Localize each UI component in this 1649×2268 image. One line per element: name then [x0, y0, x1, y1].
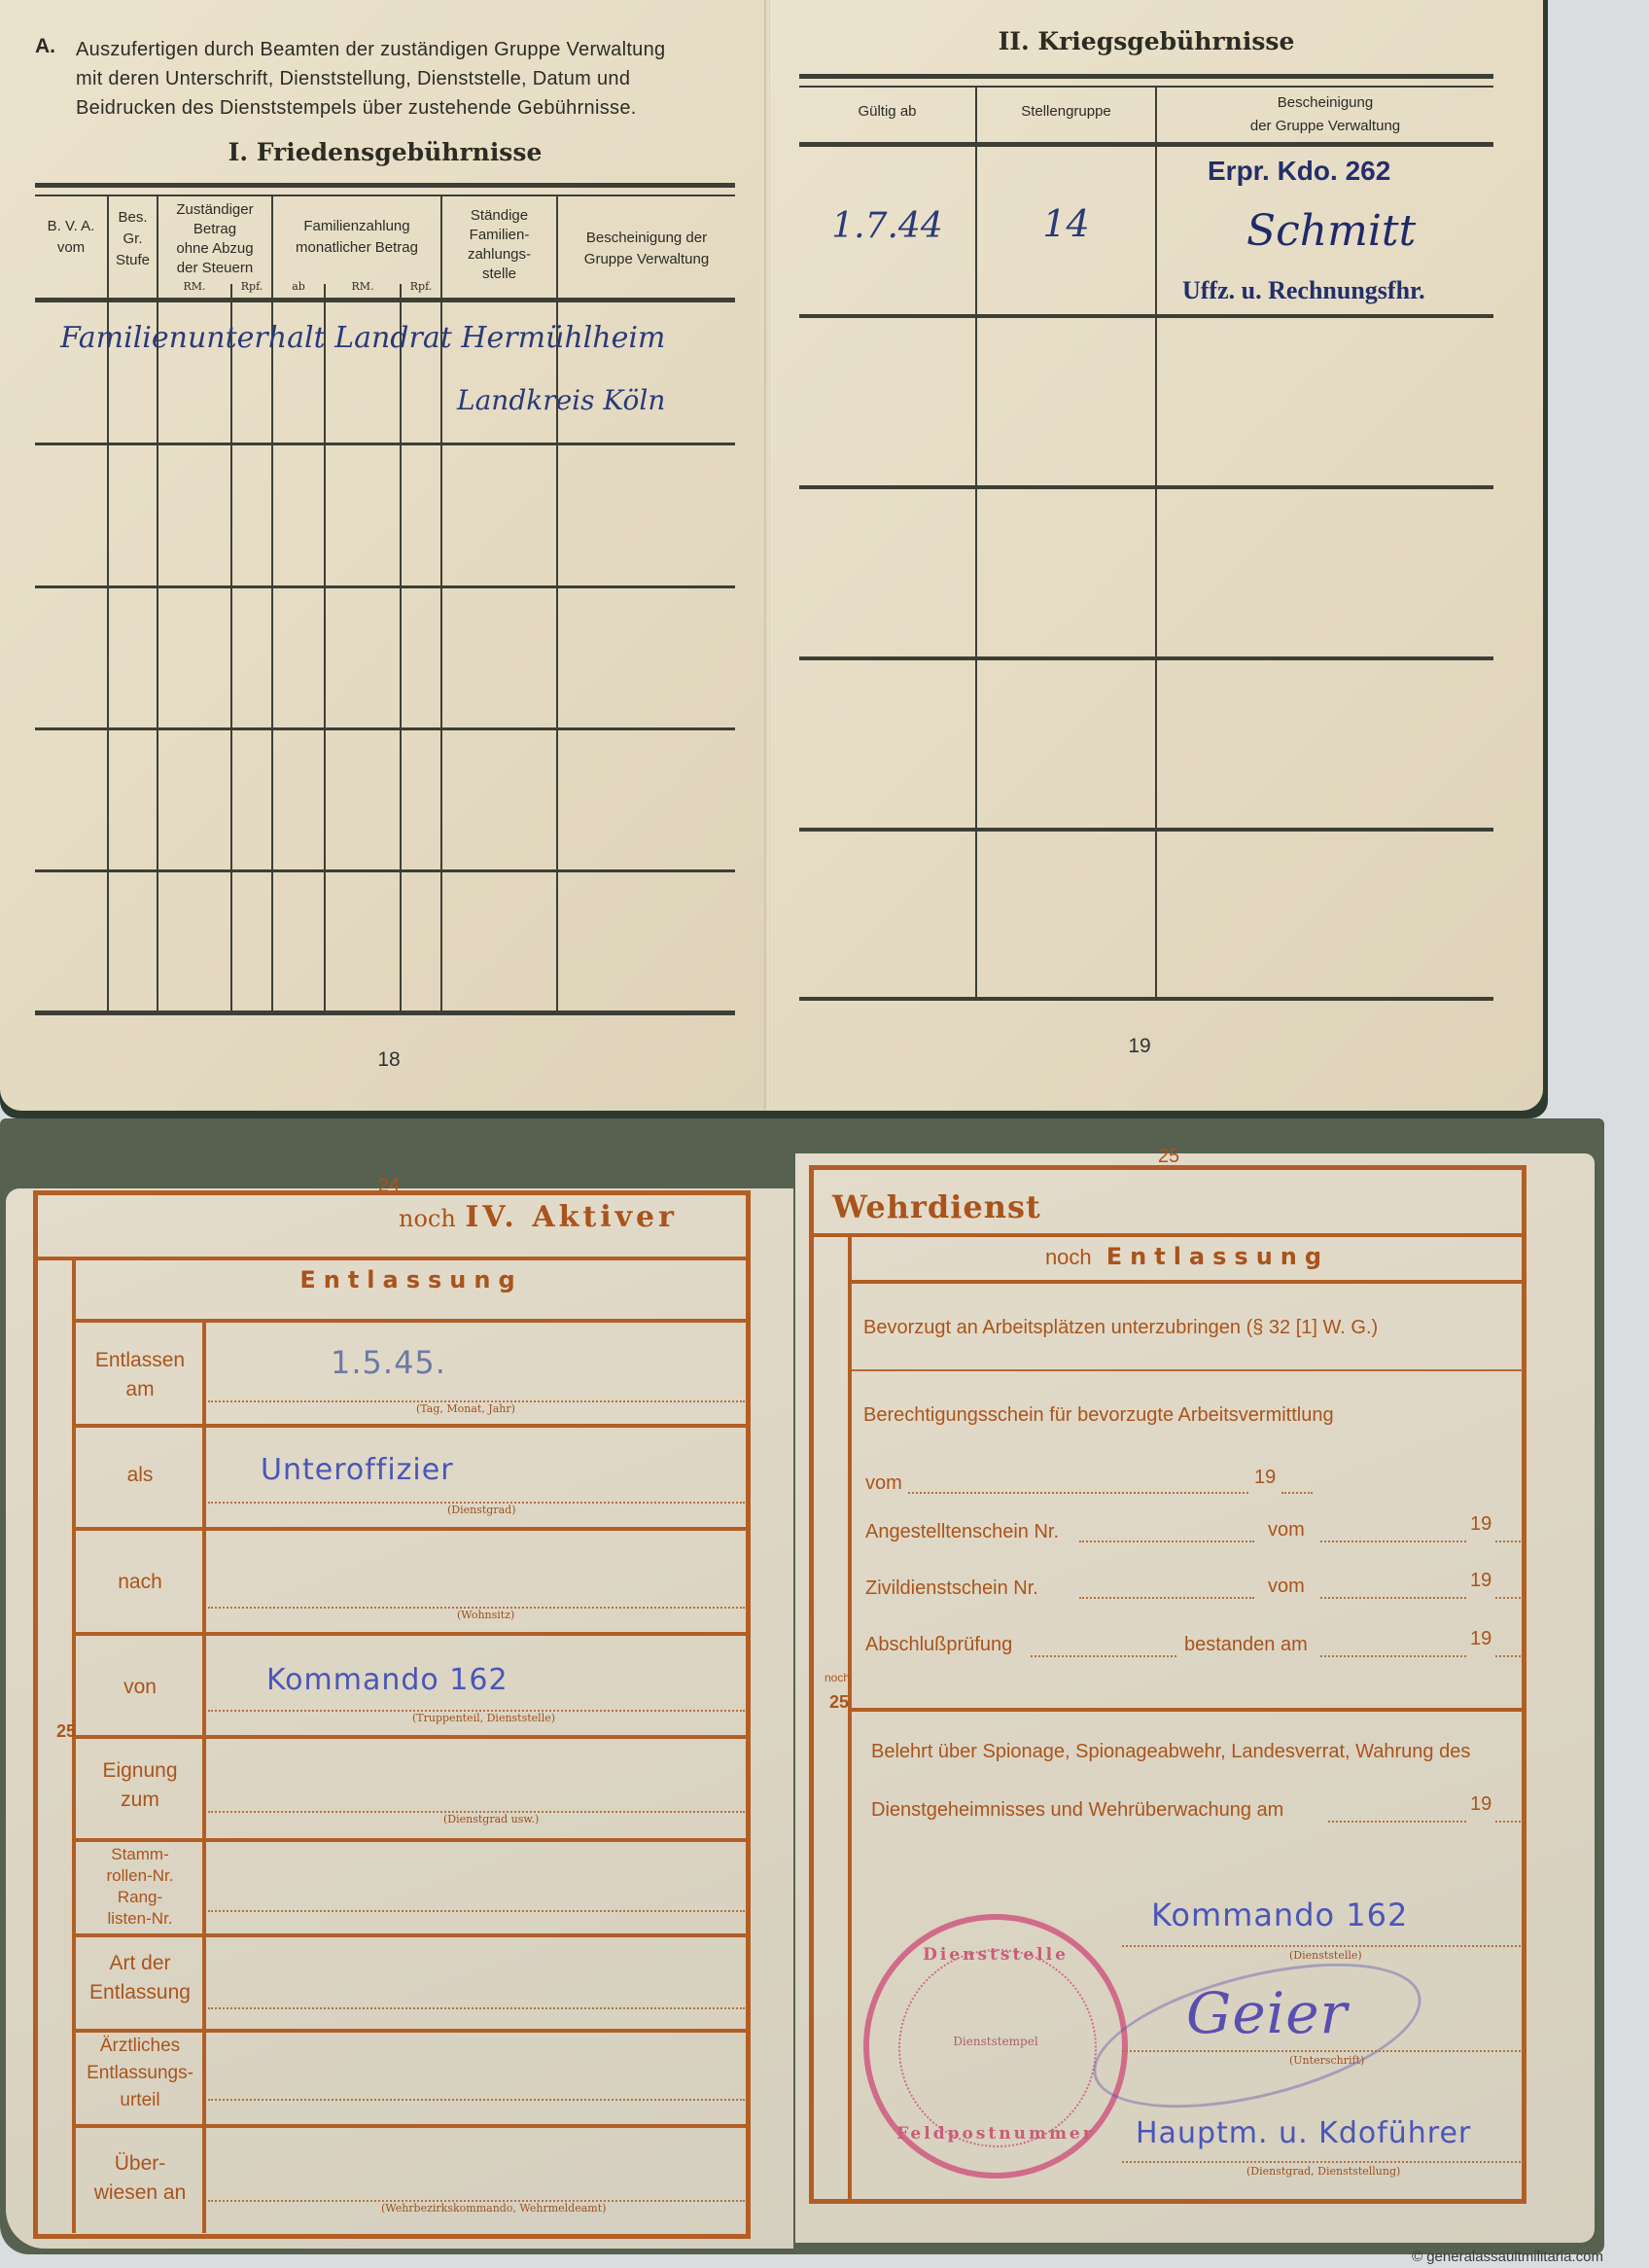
label-text: Rang-	[78, 1887, 202, 1908]
header-text: der Gruppe Verwaltung	[1157, 115, 1493, 138]
label-aerztliches-urteil: Ärztliches Entlassungs- urteil	[78, 2033, 202, 2114]
col-header-gueltig-ab: Gültig ab	[799, 103, 975, 120]
intro-label: A.	[35, 35, 55, 58]
intro-text: Auszufertigen durch Beamten der zuständi…	[76, 35, 737, 123]
text-vom: vom	[865, 1472, 902, 1495]
header-text: Ständige	[442, 206, 556, 226]
col-divider	[230, 284, 232, 1011]
frame-inner-left	[848, 1237, 852, 2200]
subheader-rm: RM.	[158, 280, 230, 293]
header-text: Gr.	[109, 229, 157, 250]
dotted-line	[1122, 2050, 1521, 2052]
frame-rule	[76, 1319, 747, 1323]
header-text: B. V. A.	[35, 216, 107, 237]
subheader-rm: RM.	[326, 280, 400, 293]
row-rule	[76, 1424, 749, 1428]
stamp-bottom-text: Feldpostnummer	[869, 2124, 1122, 2144]
text-vom: vom	[1268, 1576, 1305, 1598]
side-number-25: 25	[56, 1721, 76, 1742]
row-rule	[35, 727, 735, 730]
dotted-line	[208, 1910, 745, 1912]
signature-schmitt: Schmitt	[1246, 206, 1416, 256]
header-text: Betrag	[158, 220, 271, 239]
year-prefix: 19	[1470, 1513, 1491, 1536]
year-prefix: 19	[1470, 1628, 1491, 1650]
header-text: Familienzahlung	[273, 216, 440, 237]
hint-truppenteil: (Truppenteil, Dienststelle)	[412, 1712, 555, 1724]
row-rule	[76, 1735, 749, 1739]
dotted-line	[1122, 2161, 1521, 2163]
col-header-bes: Bes. Gr. Stufe	[109, 207, 157, 271]
col-header-betrag: Zuständiger Betrag ohne Abzug der Steuer…	[158, 200, 271, 278]
page-number-19: 19	[1110, 1035, 1169, 1058]
label-text: wiesen an	[78, 2179, 202, 2208]
intro-line-3: Beidrucken des Dienststempels über zuste…	[76, 93, 737, 123]
stamp-unit: Erpr. Kdo. 262	[1208, 156, 1390, 187]
label-text: Ärztliches	[78, 2033, 202, 2060]
dotted-line	[208, 2099, 745, 2101]
subheader-ab: ab	[273, 280, 324, 293]
col-header-bva: B. V. A. vom	[35, 216, 107, 259]
row-rule	[76, 1933, 749, 1937]
table-header-rule	[799, 142, 1493, 147]
intro-line-2: mit deren Unterschrift, Dienststellung, …	[76, 64, 737, 93]
label-text: Entlassung	[78, 1978, 202, 2007]
signature-geier: Geier	[1186, 1980, 1348, 2046]
hint-wohnsitz: (Wohnsitz)	[457, 1609, 514, 1621]
dotted-line	[1495, 1541, 1521, 1542]
hint-dienstgrad: (Dienstgrad)	[447, 1504, 515, 1516]
label-text: Entlassen	[78, 1346, 202, 1375]
hint-dienststelle: (Dienststelle)	[1289, 1949, 1362, 1962]
gueltig-ab-value: 1.7.44	[799, 206, 975, 246]
text-bevorzugt: Bevorzugt an Arbeitsplätzen unterzubring…	[863, 1317, 1378, 1339]
label-als: als	[78, 1461, 202, 1490]
dotted-line	[1281, 1492, 1313, 1494]
label-text: Eignung	[78, 1756, 202, 1786]
frame-rule	[37, 1257, 747, 1260]
header-text: der Steuern	[158, 259, 271, 278]
row-rule	[76, 1527, 749, 1531]
row-rule	[76, 1632, 749, 1636]
text-angestelltenschein: Angestelltenschein Nr.	[865, 1521, 1059, 1543]
section-prefix: noch	[1045, 1245, 1092, 1269]
header-text: vom	[35, 237, 107, 259]
text-vom: vom	[1268, 1519, 1305, 1542]
dotted-line	[1495, 1821, 1521, 1823]
dotted-line	[1079, 1597, 1254, 1599]
table-top-rule	[35, 183, 735, 196]
dotted-line	[208, 2007, 745, 2009]
copyright-watermark: © generalassaultmilitaria.com	[1412, 2249, 1603, 2265]
dotted-line	[1495, 1597, 1521, 1599]
handwritten-entry-line1: Familienunterhalt Landrat Hermühlheim	[60, 321, 665, 355]
von-value: Kommando 162	[266, 1663, 509, 1697]
label-von: von	[78, 1673, 202, 1702]
dotted-line	[1495, 1655, 1521, 1657]
section-noch-entlassung: noch Entlassung	[852, 1243, 1523, 1270]
header-text: Bescheinigung	[1157, 91, 1493, 115]
col-header-bescheinigung: Bescheinigung der Gruppe Verwaltung	[558, 228, 735, 270]
col-divider	[400, 284, 402, 1011]
label-text: Entlassungs-	[78, 2060, 202, 2087]
label-nach: nach	[78, 1568, 202, 1597]
label-art-der-entlassung: Art derEntlassung	[78, 1949, 202, 2007]
header-text: stelle	[442, 265, 556, 284]
entlassen-am-value: 1.5.45.	[331, 1344, 446, 1381]
label-text: Über-	[78, 2149, 202, 2179]
stamp-top-text: Dienststelle	[869, 1945, 1122, 1965]
row-rule	[35, 443, 735, 445]
col-divider	[440, 196, 442, 1011]
hint-tag-monat-jahr: (Tag, Monat, Jahr)	[416, 1402, 515, 1415]
subheader-rpf: Rpf.	[232, 280, 271, 293]
text-belehrt-1: Belehrt über Spionage, Spionageabwehr, L…	[871, 1741, 1470, 1763]
header-text: Stufe	[109, 250, 157, 271]
frame-inner-left	[72, 1260, 76, 2233]
col-divider	[107, 196, 109, 1011]
dotted-line	[1328, 1821, 1466, 1823]
side-noch: noch	[824, 1671, 850, 1684]
table-bottom-rule	[799, 997, 1493, 1001]
label-text: am	[78, 1375, 202, 1404]
header-text: zahlungs-	[442, 245, 556, 265]
subheader-rpf: Rpf.	[402, 280, 440, 293]
header-text: Gruppe Verwaltung	[558, 249, 735, 270]
col-header-familienzahlung: Familienzahlung monatlicher Betrag	[273, 216, 440, 259]
header-wehrdienst: Wehrdienst	[832, 1188, 1041, 1225]
row-rule	[35, 585, 735, 588]
section-entlassung: Entlassung	[76, 1266, 747, 1293]
col-divider	[157, 196, 158, 1011]
page-19: II. Kriegsgebührnisse Gültig ab Stelleng…	[770, 0, 1543, 1111]
label-text: rollen-Nr.	[78, 1865, 202, 1887]
year-prefix: 19	[1470, 1570, 1491, 1592]
row-rule	[799, 656, 1493, 660]
header-text: Zuständiger	[158, 200, 271, 220]
label-ueberwiesen-an: Über-wiesen an	[78, 2149, 202, 2208]
side-number-25: 25	[829, 1692, 849, 1713]
text-bestanden-am: bestanden am	[1184, 1634, 1308, 1656]
header-text: Familien-	[442, 226, 556, 245]
header-text: ohne Abzug	[158, 239, 271, 259]
table-header-rule	[35, 298, 735, 302]
rank-value: Hauptm. u. Kdoführer	[1136, 2116, 1471, 2150]
row-rule-thin	[852, 1369, 1523, 1371]
row-rule	[799, 314, 1493, 318]
stellengruppe-value: 14	[977, 202, 1155, 245]
label-entlassen-am: Entlassenam	[78, 1346, 202, 1404]
row-rule	[35, 869, 735, 872]
text-belehrt-2: Dienstgeheimnisses und Wehrüberwachung a…	[871, 1799, 1283, 1822]
section-title-friedensgebuehrnisse: I. Friedensgebührnisse	[35, 138, 735, 166]
dotted-line	[908, 1492, 1248, 1494]
frame-rule	[852, 1280, 1523, 1284]
section-title: Entlassung	[1106, 1243, 1329, 1270]
handwritten-entry-line2: Landkreis Köln	[457, 384, 665, 416]
intro-line-1: Auszufertigen durch Beamten der zuständi…	[76, 35, 737, 64]
stamp-role: Uffz. u. Rechnungsfhr.	[1182, 276, 1425, 305]
table-bottom-rule	[35, 1010, 735, 1015]
frame-rule	[813, 1233, 1523, 1237]
page-number-18: 18	[360, 1048, 418, 1072]
text-zivildienstschein: Zivildienstschein Nr.	[865, 1577, 1038, 1600]
stamp-center-text: Dienststempel	[869, 2035, 1122, 2048]
col-divider	[556, 196, 558, 1011]
als-value: Unteroffizier	[261, 1453, 454, 1487]
dotted-line	[1122, 1945, 1521, 1947]
col-divider	[1155, 86, 1157, 998]
label-text: listen-Nr.	[78, 1908, 202, 1930]
col-divider	[271, 196, 273, 1011]
hint-dienstgrad-usw: (Dienstgrad usw.)	[443, 1813, 539, 1825]
label-col-divider	[202, 1323, 206, 2233]
dotted-line	[1320, 1541, 1466, 1542]
header-text: Bes.	[109, 207, 157, 229]
dienststelle-value: Kommando 162	[1151, 1896, 1408, 1933]
hint-dienstgrad-dienststellung: (Dienstgrad, Dienststellung)	[1246, 2165, 1400, 2178]
hint-wehrbezirkskommando: (Wehrbezirkskommando, Wehrmeldeamt)	[381, 2202, 606, 2215]
row-rule	[76, 1838, 749, 1842]
label-text: urteil	[78, 2087, 202, 2114]
header-text: monatlicher Betrag	[273, 237, 440, 259]
label-text: Stamm-	[78, 1844, 202, 1865]
frame-rule	[852, 1708, 1523, 1712]
label-stammrollen-ranglisten: Stamm- rollen-Nr. Rang- listen-Nr.	[78, 1844, 202, 1930]
page-18: A. Auszufertigen durch Beamten der zustä…	[0, 0, 766, 1111]
col-header-staendige: Ständige Familien- zahlungs- stelle	[442, 206, 556, 284]
row-rule	[799, 485, 1493, 489]
table-top-rule	[799, 74, 1493, 88]
row-rule	[799, 828, 1493, 832]
row-rule	[76, 2124, 749, 2128]
label-eignung-zum: Eignungzum	[78, 1756, 202, 1815]
label-text: zum	[78, 1786, 202, 1815]
dotted-line	[1079, 1541, 1254, 1542]
dotted-line	[1320, 1655, 1466, 1657]
label-text: Art der	[78, 1949, 202, 1978]
official-stamp: Dienststelle Dienststempel Feldpostnumme…	[863, 1914, 1128, 2179]
stamp-inner-ring	[898, 1949, 1097, 2147]
header-text: Bescheinigung der	[558, 228, 735, 249]
year-prefix: 19	[1254, 1467, 1276, 1489]
header-prefix: noch	[399, 1205, 456, 1232]
year-prefix: 19	[1470, 1793, 1491, 1816]
hint-unterschrift: (Unterschrift)	[1289, 2054, 1364, 2067]
col-header-stellengruppe: Stellengruppe	[977, 103, 1155, 120]
col-header-bescheinigung: Bescheinigung der Gruppe Verwaltung	[1157, 91, 1493, 138]
text-abschlusspruefung: Abschlußprüfung	[865, 1634, 1012, 1656]
header-title: IV. Aktiver	[465, 1200, 678, 1234]
col-divider	[324, 284, 326, 1011]
section-title-kriegsgebuehrnisse: II. Kriegsgebührnisse	[799, 27, 1493, 55]
left-header: noch IV. Aktiver	[399, 1200, 678, 1234]
dotted-line	[1320, 1597, 1466, 1599]
dotted-line	[1031, 1655, 1176, 1657]
text-berechtigungsschein: Berechtigungsschein für bevorzugte Arbei…	[863, 1404, 1334, 1427]
